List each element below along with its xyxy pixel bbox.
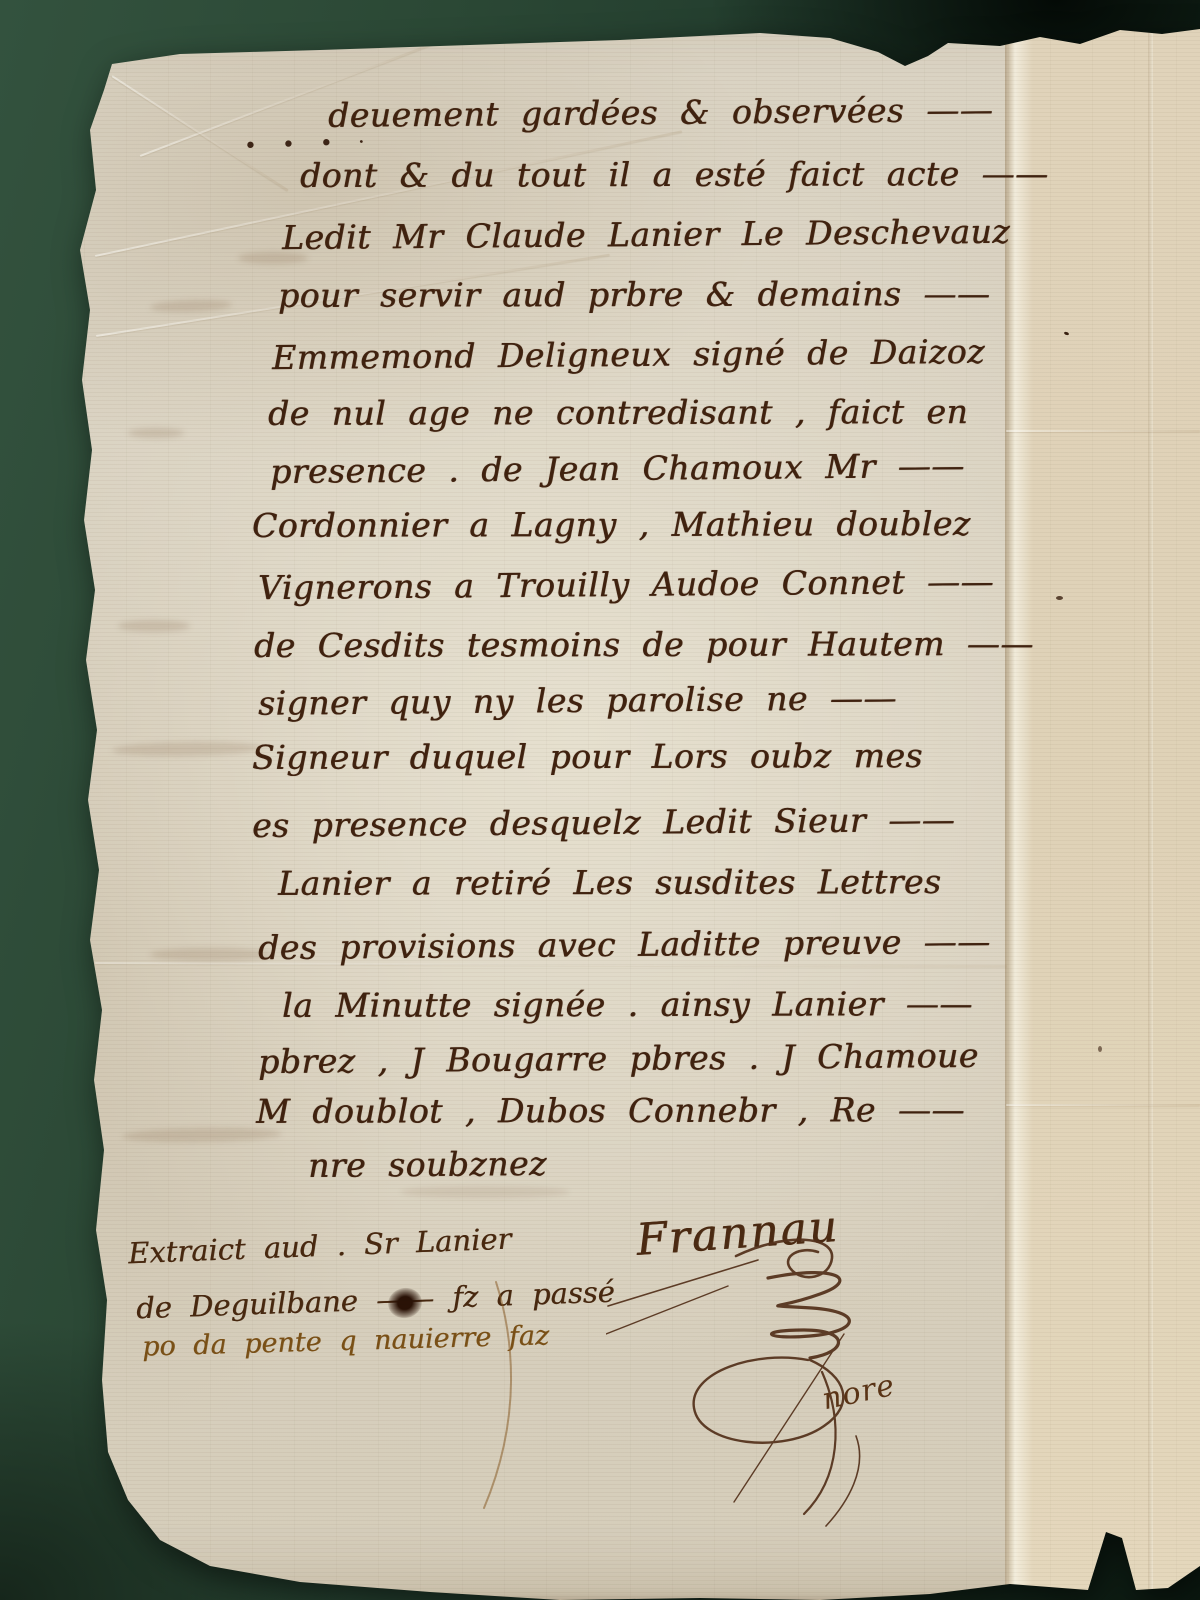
secondary-fold-crease: [1148, 28, 1153, 1600]
marginal-note-line: Extraict aud . Sr Lanier: [128, 1225, 512, 1269]
manuscript-line: pbrez , J Bougarre pbres . J Chamoue: [258, 1039, 979, 1078]
ink-speck: [1098, 1046, 1102, 1052]
manuscript-line: nre soubznez: [308, 1147, 547, 1182]
manuscript-line: deuement gardées & observées ——: [328, 93, 993, 132]
signature-paraph-flourish: [606, 1200, 916, 1540]
manuscript-line: Cordonnier a Lagny , Mathieu doublez: [252, 507, 971, 542]
manuscript-line: la Minutte signée . ainsy Lanier ——: [282, 987, 973, 1022]
manuscript-line: Ledit Mr Claude Lanier Le Deschevauz: [282, 215, 1010, 254]
bleedthrough-mark: [118, 620, 190, 632]
bleedthrough-mark: [112, 741, 262, 758]
manuscript-line: presence . de Jean Chamoux Mr ——: [270, 449, 965, 488]
bleedthrough-mark: [128, 428, 184, 438]
manuscript-line: signer quy ny les parolise ne ——: [258, 681, 897, 720]
bleedthrough-mark: [150, 948, 272, 961]
manuscript-page: • • • · deuement gardées & observées —— …: [0, 0, 1200, 1600]
manuscript-line: Signeur duquel pour Lors oubz mes: [252, 739, 923, 774]
manuscript-line: dont & du tout il a esté faict acte ——: [300, 157, 1049, 192]
pen-trial-stroke: [452, 1278, 552, 1518]
bleedthrough-mark: [150, 299, 232, 314]
manuscript-line: Vignerons a Trouilly Audoe Connet ——: [258, 565, 994, 604]
bleedthrough-mark: [400, 1186, 570, 1198]
manuscript-line: es presence desquelz Ledit Sieur ——: [252, 803, 955, 842]
manuscript-line: des provisions avec Laditte preuve ——: [258, 925, 991, 964]
manuscript-line: de Cesdits tesmoins de pour Hautem ——: [254, 627, 1034, 662]
manuscript-line: pour servir aud prbre & demains ——: [278, 277, 990, 312]
manuscript-line: M doublot , Dubos Connebr , Re ——: [256, 1093, 965, 1128]
ink-speck: [1056, 596, 1063, 600]
paper-shadow-wrap: • • • · deuement gardées & observées —— …: [0, 0, 1200, 1600]
manuscript-line: Lanier a retiré Les susdites Lettres: [278, 865, 941, 900]
vertical-fold-crease: [1005, 0, 1200, 1600]
crease-line: [1006, 1104, 1200, 1106]
manuscript-line: de nul age ne contredisant , faict en: [268, 395, 968, 430]
photo-backdrop: • • • · deuement gardées & observées —— …: [0, 0, 1200, 1600]
crease-line: [1006, 430, 1200, 432]
manuscript-line: Emmemond Deligneux signé de Daizoz: [272, 335, 985, 374]
